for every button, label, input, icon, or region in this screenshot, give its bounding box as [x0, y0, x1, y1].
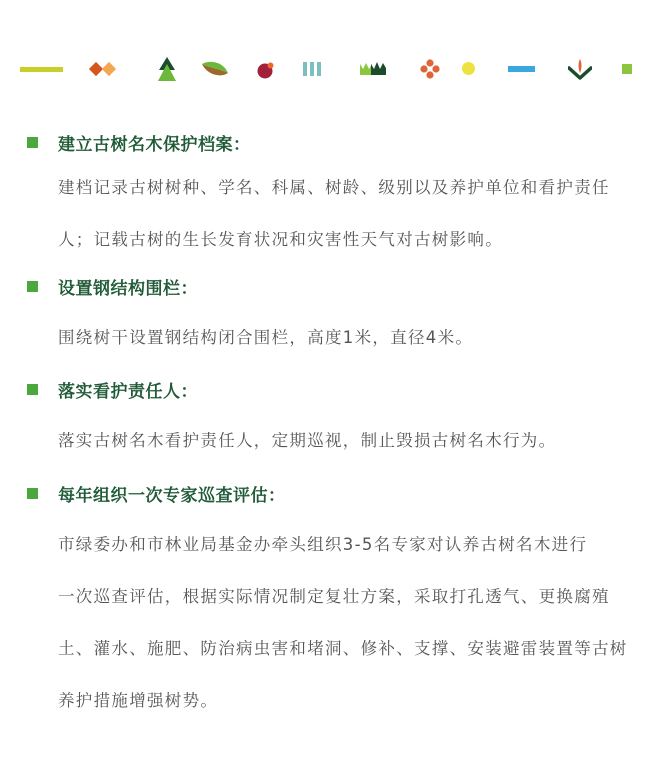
- light-orange-diamond-icon: [102, 62, 116, 76]
- body-line: 建档记录古树树种、学名、科属、树龄、级别以及养护单位和看护责任: [58, 162, 628, 214]
- section-heading-fence: 设置钢结构围栏：: [27, 274, 198, 298]
- section-body-caretaker: 落实古树名木看护责任人，定期巡视，制止毁损古树名木行为。: [58, 415, 628, 467]
- heading-text: 建立古树名木保护档案：: [58, 130, 251, 155]
- heading-text: 落实看护责任人：: [58, 377, 198, 402]
- body-line: 一次巡查评估，根据实际情况制定复壮方案，采取打孔透气、更换腐殖: [58, 571, 628, 623]
- section-body-expert-review: 市绿委办和市林业局基金办牵头组织3-5名专家对认养古树名木进行 一次巡查评估，根…: [58, 519, 628, 727]
- berry-icon: [257, 61, 275, 79]
- bullet-square-icon: [27, 137, 38, 148]
- sprout-icon: [568, 58, 592, 80]
- body-line: 市绿委办和市林业局基金办牵头组织3-5名专家对认养古树名木进行: [58, 519, 628, 571]
- yellow-line-icon: [20, 67, 63, 72]
- body-line: 围绕树干设置钢结构闭合围栏，高度1米，直径4米。: [58, 312, 628, 364]
- yellow-dot-icon: [462, 62, 475, 75]
- heading-text: 设置钢结构围栏：: [58, 274, 198, 299]
- leaf-icon: [201, 61, 229, 77]
- section-body-fence: 围绕树干设置钢结构闭合围栏，高度1米，直径4米。: [58, 312, 628, 364]
- section-heading-caretaker: 落实看护责任人：: [27, 377, 198, 401]
- grass-icon: [360, 61, 386, 75]
- decorative-icon-row: [0, 55, 670, 83]
- body-line: 人；记载古树的生长发育状况和灾害性天气对古树影响。: [58, 214, 628, 266]
- green-square-icon: [622, 64, 632, 74]
- teal-bars-icon: [303, 62, 321, 76]
- pine-tree-icon: [157, 57, 177, 81]
- section-heading-expert-review: 每年组织一次专家巡查评估：: [27, 481, 286, 505]
- section-heading-archive: 建立古树名木保护档案：: [27, 130, 251, 154]
- bullet-square-icon: [27, 384, 38, 395]
- bullet-square-icon: [27, 488, 38, 499]
- blue-line-icon: [508, 66, 535, 72]
- body-line: 落实古树名木看护责任人，定期巡视，制止毁损古树名木行为。: [58, 415, 628, 467]
- body-line: 养护措施增强树势。: [58, 675, 628, 727]
- body-line: 土、灌水、施肥、防治病虫害和堵洞、修补、支撑、安装避雷装置等古树: [58, 623, 628, 675]
- flower-icon: [420, 59, 440, 79]
- heading-text: 每年组织一次专家巡查评估：: [58, 481, 286, 506]
- section-body-archive: 建档记录古树树种、学名、科属、树龄、级别以及养护单位和看护责任 人；记载古树的生…: [58, 162, 628, 266]
- bullet-square-icon: [27, 281, 38, 292]
